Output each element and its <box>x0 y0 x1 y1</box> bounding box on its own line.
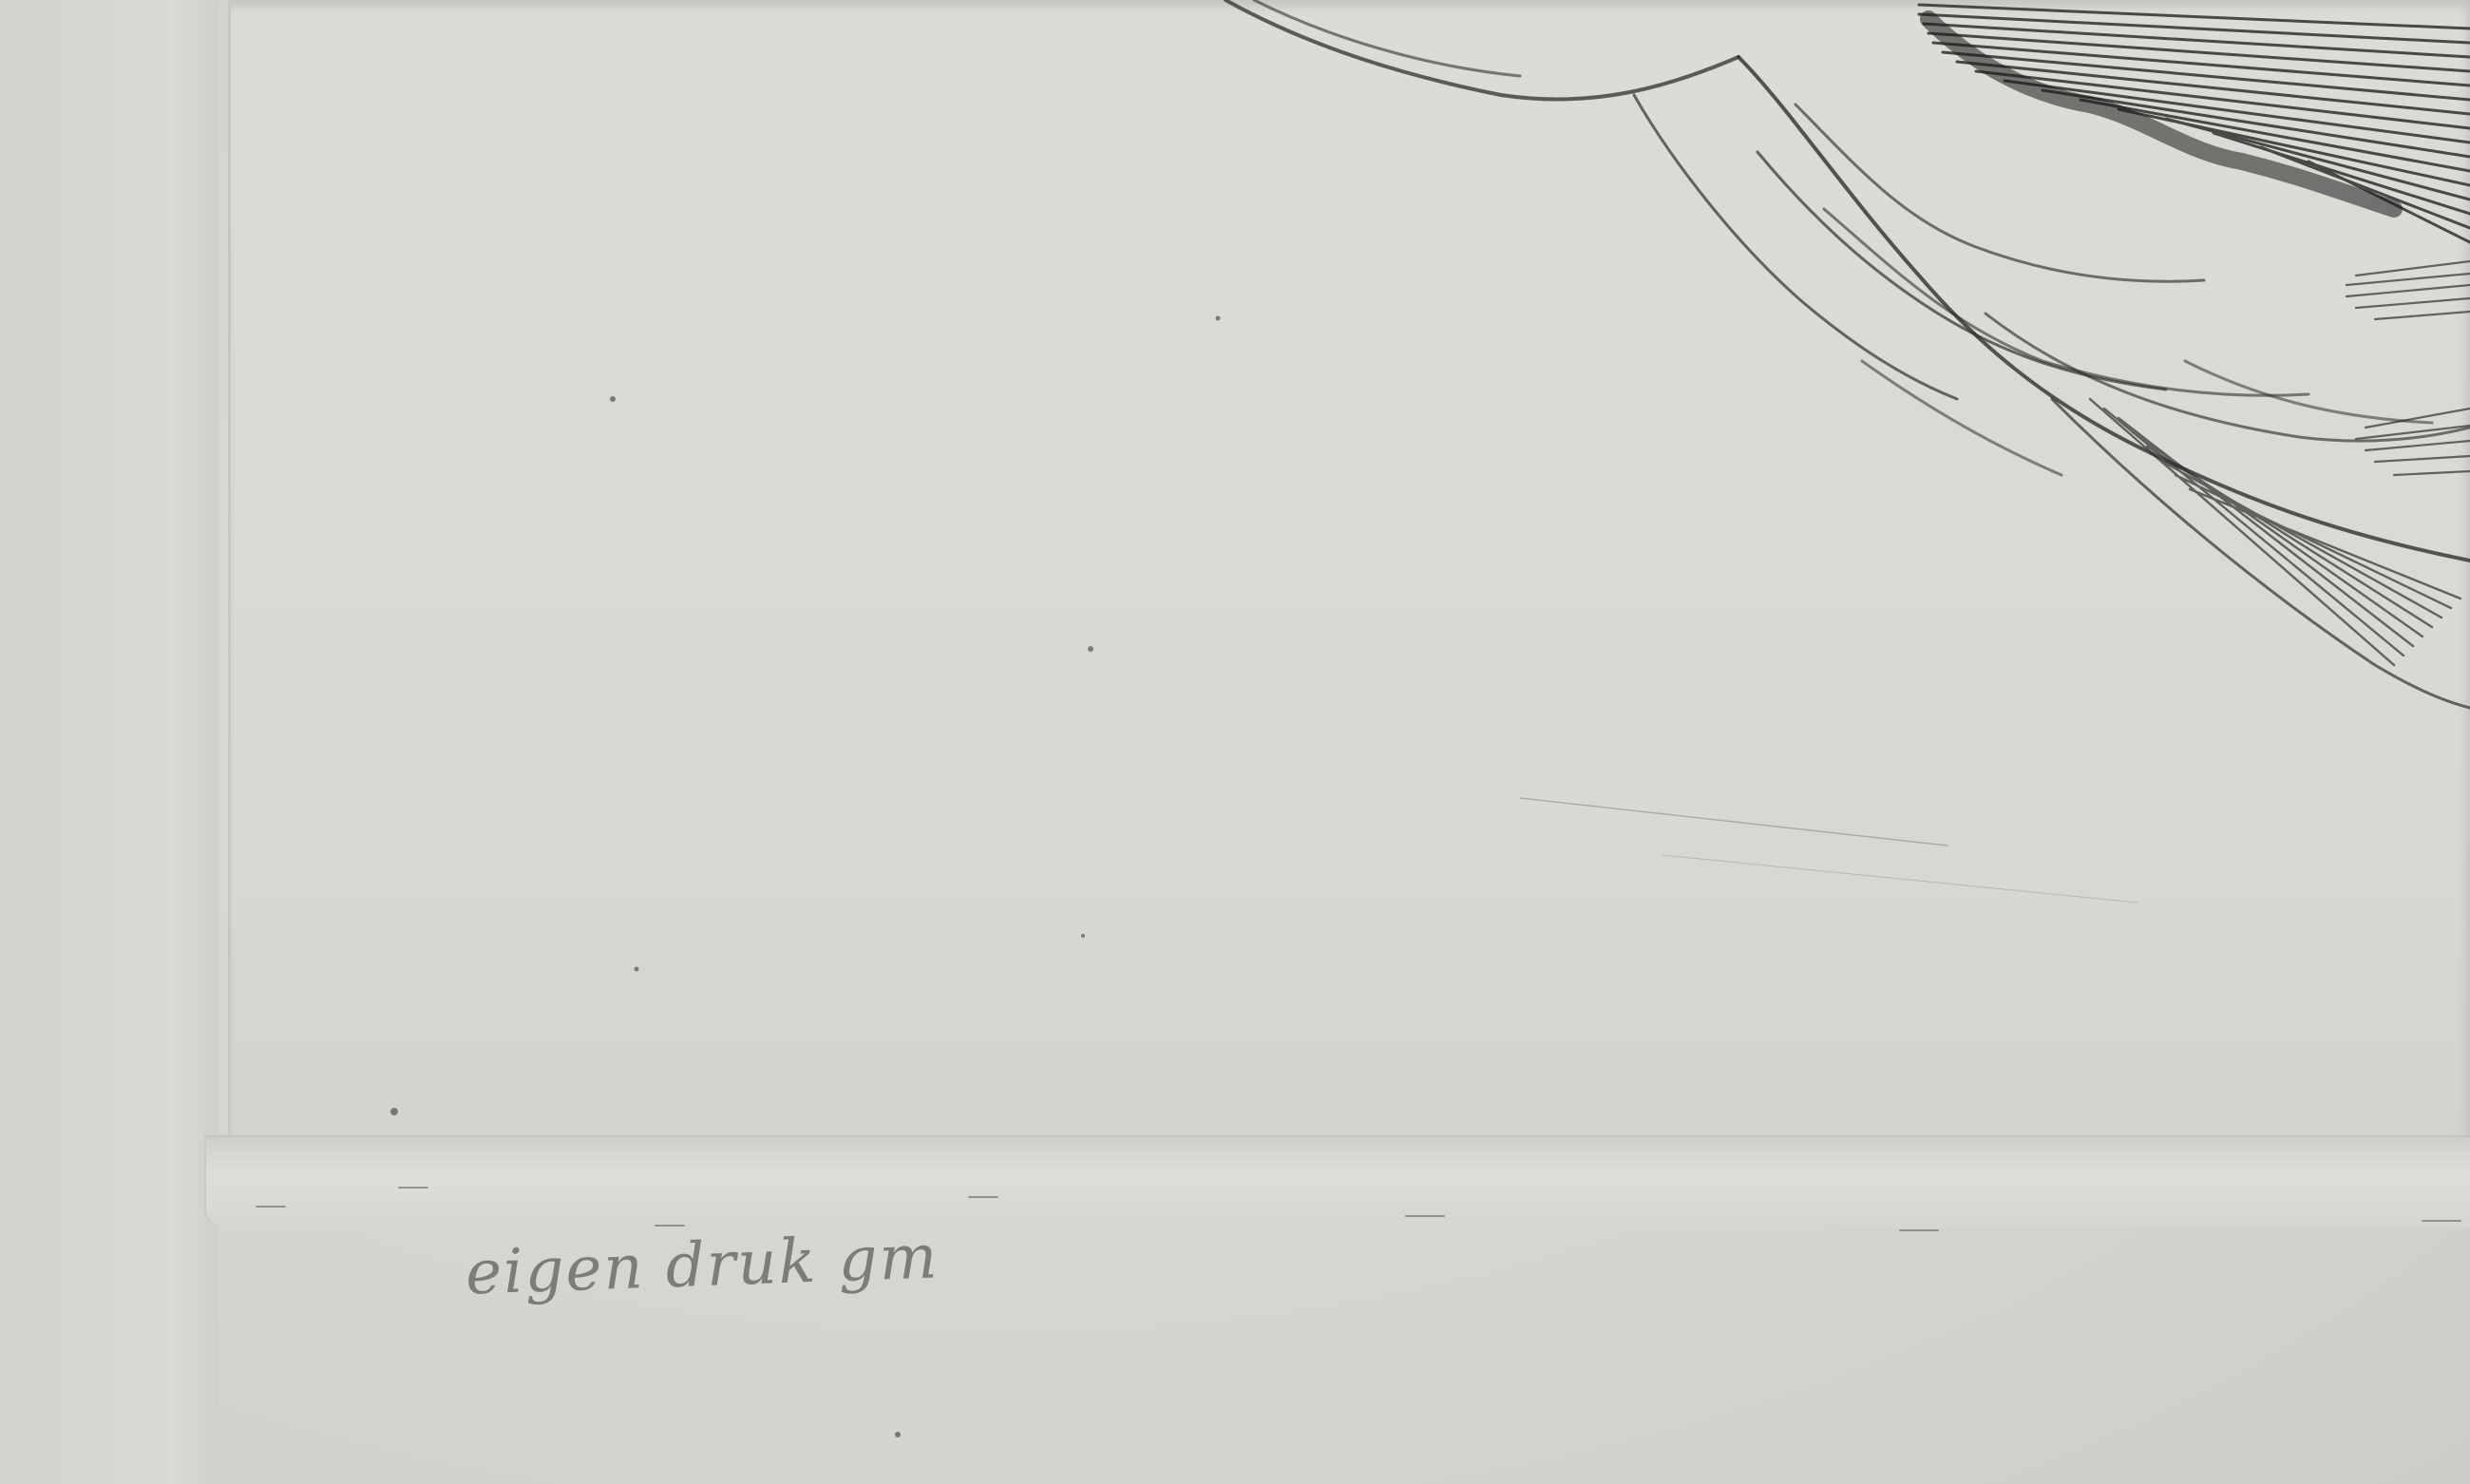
etched-drapery <box>0 0 2470 1484</box>
etching-photograph: eigen druk gm <box>0 0 2470 1484</box>
